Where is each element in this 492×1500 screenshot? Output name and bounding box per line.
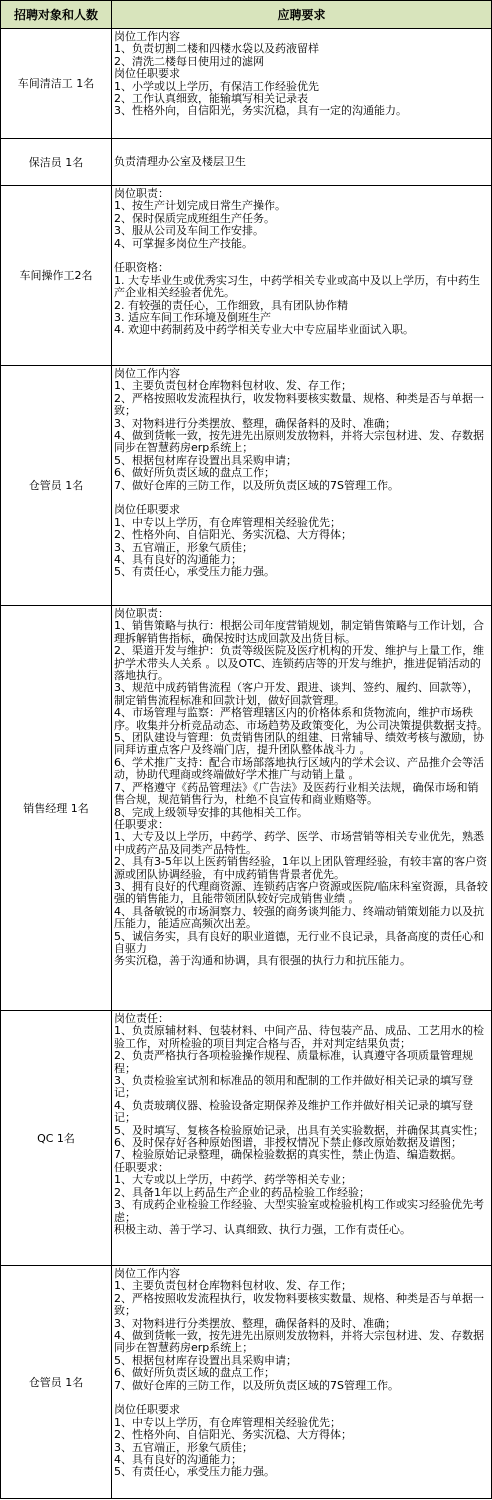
position-cell: 销售经理 1名 <box>1 606 112 1011</box>
table-row: 保洁员 1名 负责清理办公室及楼层卫生 <box>1 139 492 186</box>
requirement-line: 6、做好所负责区域的盘点工作； <box>114 467 488 479</box>
requirement-line: 7、做好仓库的三防工作，以及所负责区域的7S管理工作。 <box>114 1380 488 1392</box>
requirement-line: 岗位任职要求 <box>114 68 488 80</box>
requirement-line: 1、大专或以上学历，中药学、药学等相关专业； <box>114 1174 488 1186</box>
requirement-line: 务实沉稳，善于沟通和协调，具有很强的执行力和抗压能力。 <box>114 955 488 967</box>
requirement-line: 负责清理办公室及楼层卫生 <box>114 156 488 168</box>
requirement-line: 4. 欢迎中药制药及中药学相关专业大中专应届毕业面试入职。 <box>114 324 488 336</box>
requirement-line: 5、有责任心，承受压力能力强。 <box>114 1466 488 1478</box>
requirement-line: 2、严格按照收发流程执行，收发物料要核实数量、规格、种类是否与单据一致； <box>114 393 488 418</box>
header-col-requirements: 应聘要求 <box>112 1 492 29</box>
requirement-line: 1、负责原辅材料、包装材料、中间产品、待包装产品、成品、工艺用水的检验工作，对所… <box>114 1025 488 1050</box>
requirements-cell: 负责清理办公室及楼层卫生 <box>112 139 492 186</box>
requirement-line: 1. 大专毕业生或优秀实习生，中药学相关专业或高中及以上学历，有中药生产企业相关… <box>114 275 488 300</box>
table-row: QC 1名 岗位责任：1、负责原辅材料、包装材料、中间产品、待包装产品、成品、工… <box>1 1011 492 1266</box>
table-row: 车间清洁工 1名 岗位工作内容1、负责切割二楼和四楼水袋以及药液留样2、清洗二楼… <box>1 29 492 139</box>
requirement-line: 1、大专及以上学历，中药学、药学、医学、市场营销等相关专业优先，熟悉中成药产品及… <box>114 831 488 856</box>
requirement-line: 1、主要负责包材仓库物料包材收、发、存工作； <box>114 1280 488 1292</box>
requirement-line: 5、有责任心，承受压力能力强。 <box>114 566 488 578</box>
requirement-line <box>114 250 488 262</box>
requirements-cell: 岗位工作内容1、主要负责包材仓库物料包材收、发、存工作；2、严格按照收发流程执行… <box>112 366 492 606</box>
header-row: 招聘对象和人数 应聘要求 <box>1 1 492 29</box>
requirement-line: 6、学术推广支持：配合市场部落地执行区域内的学术会议、产品推介会等活动，协助代理… <box>114 757 488 782</box>
requirement-line: 4、负责玻璃仪器、检验设备定期保养及维护工作并做好相关记录的填写登记； <box>114 1100 488 1125</box>
table-row: 仓管员 1名 岗位工作内容1、主要负责包材仓库物料包材收、发、存工作；2、严格按… <box>1 366 492 606</box>
requirement-line: 积极主动、善于学习、认真细致、执行力强，工作有责任心。 <box>114 1224 488 1236</box>
header-col-position: 招聘对象和人数 <box>1 1 112 29</box>
requirement-line: 4、可掌握多岗位生产技能。 <box>114 238 488 250</box>
requirements-cell: 岗位责任：1、负责原辅材料、包装材料、中间产品、待包装产品、成品、工艺用水的检验… <box>112 1011 492 1266</box>
requirements-cell: 岗位职责：1、按生产计划完成日常生产操作。2、保时保质完成班组生产任务。3、服从… <box>112 186 492 366</box>
requirement-line: 7、做好仓库的三防工作，以及所负责区域的7S管理工作。 <box>114 480 488 492</box>
requirement-line: 1、按生产计划完成日常生产操作。 <box>114 200 488 212</box>
requirement-line: 6、做好所负责区域的盘点工作； <box>114 1367 488 1379</box>
requirements-cell: 岗位职责：1、销售策略与执行：根据公司年度营销规划，制定销售策略与工作计划，合理… <box>112 606 492 1011</box>
recruitment-table: 招聘对象和人数 应聘要求 车间清洁工 1名 岗位工作内容1、负责切割二楼和四楼水… <box>0 0 492 1499</box>
table-row: 仓管员 1名 岗位工作内容1、主要负责包材仓库物料包材收、发、存工作；2、严格按… <box>1 1266 492 1499</box>
requirement-line: 3、服从公司及车间工作安排。 <box>114 225 488 237</box>
requirement-line: 7、检验原始记录整理，确保检验数据的真实性，禁止伪造、编造数据。 <box>114 1149 488 1161</box>
position-cell: QC 1名 <box>1 1011 112 1266</box>
requirement-line: 7、严格遵守《药品管理法》《广告法》及医药行业相关法规，确保市场和销售合规，规范… <box>114 782 488 807</box>
requirement-line: 3、负责检验室试剂和标准品的领用和配制的工作并做好相关记录的填写登记； <box>114 1075 488 1100</box>
requirement-line: 1、负责切割二楼和四楼水袋以及药液留样 <box>114 43 488 55</box>
requirement-line: 4、具备敏锐的市场洞察力、较强的商务谈判能力、终端动销策划能力以及抗压能力，能适… <box>114 906 488 931</box>
requirement-line: 4、做到货帐一致，按先进先出原则发放物料，并将大宗包材进、发、存数据同步在智慧药… <box>114 430 488 455</box>
requirement-line: 2、性格外向、自信阳光、务实沉稳、大方得体； <box>114 529 488 541</box>
requirement-line: 任职资格： <box>114 262 488 274</box>
requirement-line: 2、性格外向、自信阳光、务实沉稳、大方得体； <box>114 1429 488 1441</box>
requirement-line: 2、负责严格执行各项检验操作规程、质量标准，认真遵守各项质量管理规程； <box>114 1050 488 1075</box>
requirements-cell: 岗位工作内容1、主要负责包材仓库物料包材收、发、存工作；2、严格按照收发流程执行… <box>112 1266 492 1499</box>
position-cell: 车间清洁工 1名 <box>1 29 112 139</box>
requirements-cell: 岗位工作内容1、负责切割二楼和四楼水袋以及药液留样2、清洗二楼每日使用过的滤网岗… <box>112 29 492 139</box>
position-cell: 车间操作工2名 <box>1 186 112 366</box>
requirement-line: 2、严格按照收发流程执行，收发物料要核实数量、规格、种类是否与单据一致； <box>114 1293 488 1318</box>
requirement-line: 2、具有3-5年以上医药销售经验，1年以上团队管理经验，有较丰富的客户资源或团队… <box>114 856 488 881</box>
requirement-line: 5、诚信务实，具有良好的职业道德，无行业不良记录，具备高度的责任心和自驱力 <box>114 931 488 956</box>
requirement-line: 3、规范中成药销售流程（客户开发、跟进、谈判、签约、履约、回款等），制定销售流程… <box>114 682 488 707</box>
requirement-line: 3、拥有良好的代理商资源、连锁药店客户资源或医院/临床科室资源，具备较强的销售能… <box>114 881 488 906</box>
requirement-line: 1、销售策略与执行：根据公司年度营销规划，制定销售策略与工作计划，合理拆解销售指… <box>114 620 488 645</box>
requirement-line: 3、性格外向，自信阳光，务实沉稳，具有一定的沟通能力。 <box>114 105 488 117</box>
requirement-line: 4、做到货帐一致，按先进先出原则发放物料，并将大宗包材进、发、存数据同步在智慧药… <box>114 1330 488 1355</box>
requirement-line: 岗位任职要求 <box>114 504 488 516</box>
position-cell: 仓管员 1名 <box>1 366 112 606</box>
table-row: 销售经理 1名 岗位职责：1、销售策略与执行：根据公司年度营销规划，制定销售策略… <box>1 606 492 1011</box>
table-row: 车间操作工2名 岗位职责：1、按生产计划完成日常生产操作。2、保时保质完成班组生… <box>1 186 492 366</box>
requirement-line: 1、主要负责包材仓库物料包材收、发、存工作； <box>114 380 488 392</box>
requirement-line: 4、市场管理与监察：严格管理辖区内的价格体系和货物流向，维护市场秩序。收集并分析… <box>114 707 488 732</box>
requirement-line: 2、渠道开发与维护：负责等级医院及医疗机构的开发、维护与上量工作，维护学术带头人… <box>114 645 488 682</box>
requirement-line: 8、完成上级领导安排的其他相关工作。 <box>114 807 488 819</box>
requirement-line: 3、有成药企业检验工作经验、大型实验室或检验机构工作或实习经验优先考虑； <box>114 1199 488 1224</box>
requirement-line: 岗位任职要求 <box>114 1404 488 1416</box>
position-cell: 仓管员 1名 <box>1 1266 112 1499</box>
position-cell: 保洁员 1名 <box>1 139 112 186</box>
requirement-line: 5、团队建设与管理：负责销售团队的组建、日常辅导、绩效考核与激励，协同拜访重点客… <box>114 732 488 757</box>
